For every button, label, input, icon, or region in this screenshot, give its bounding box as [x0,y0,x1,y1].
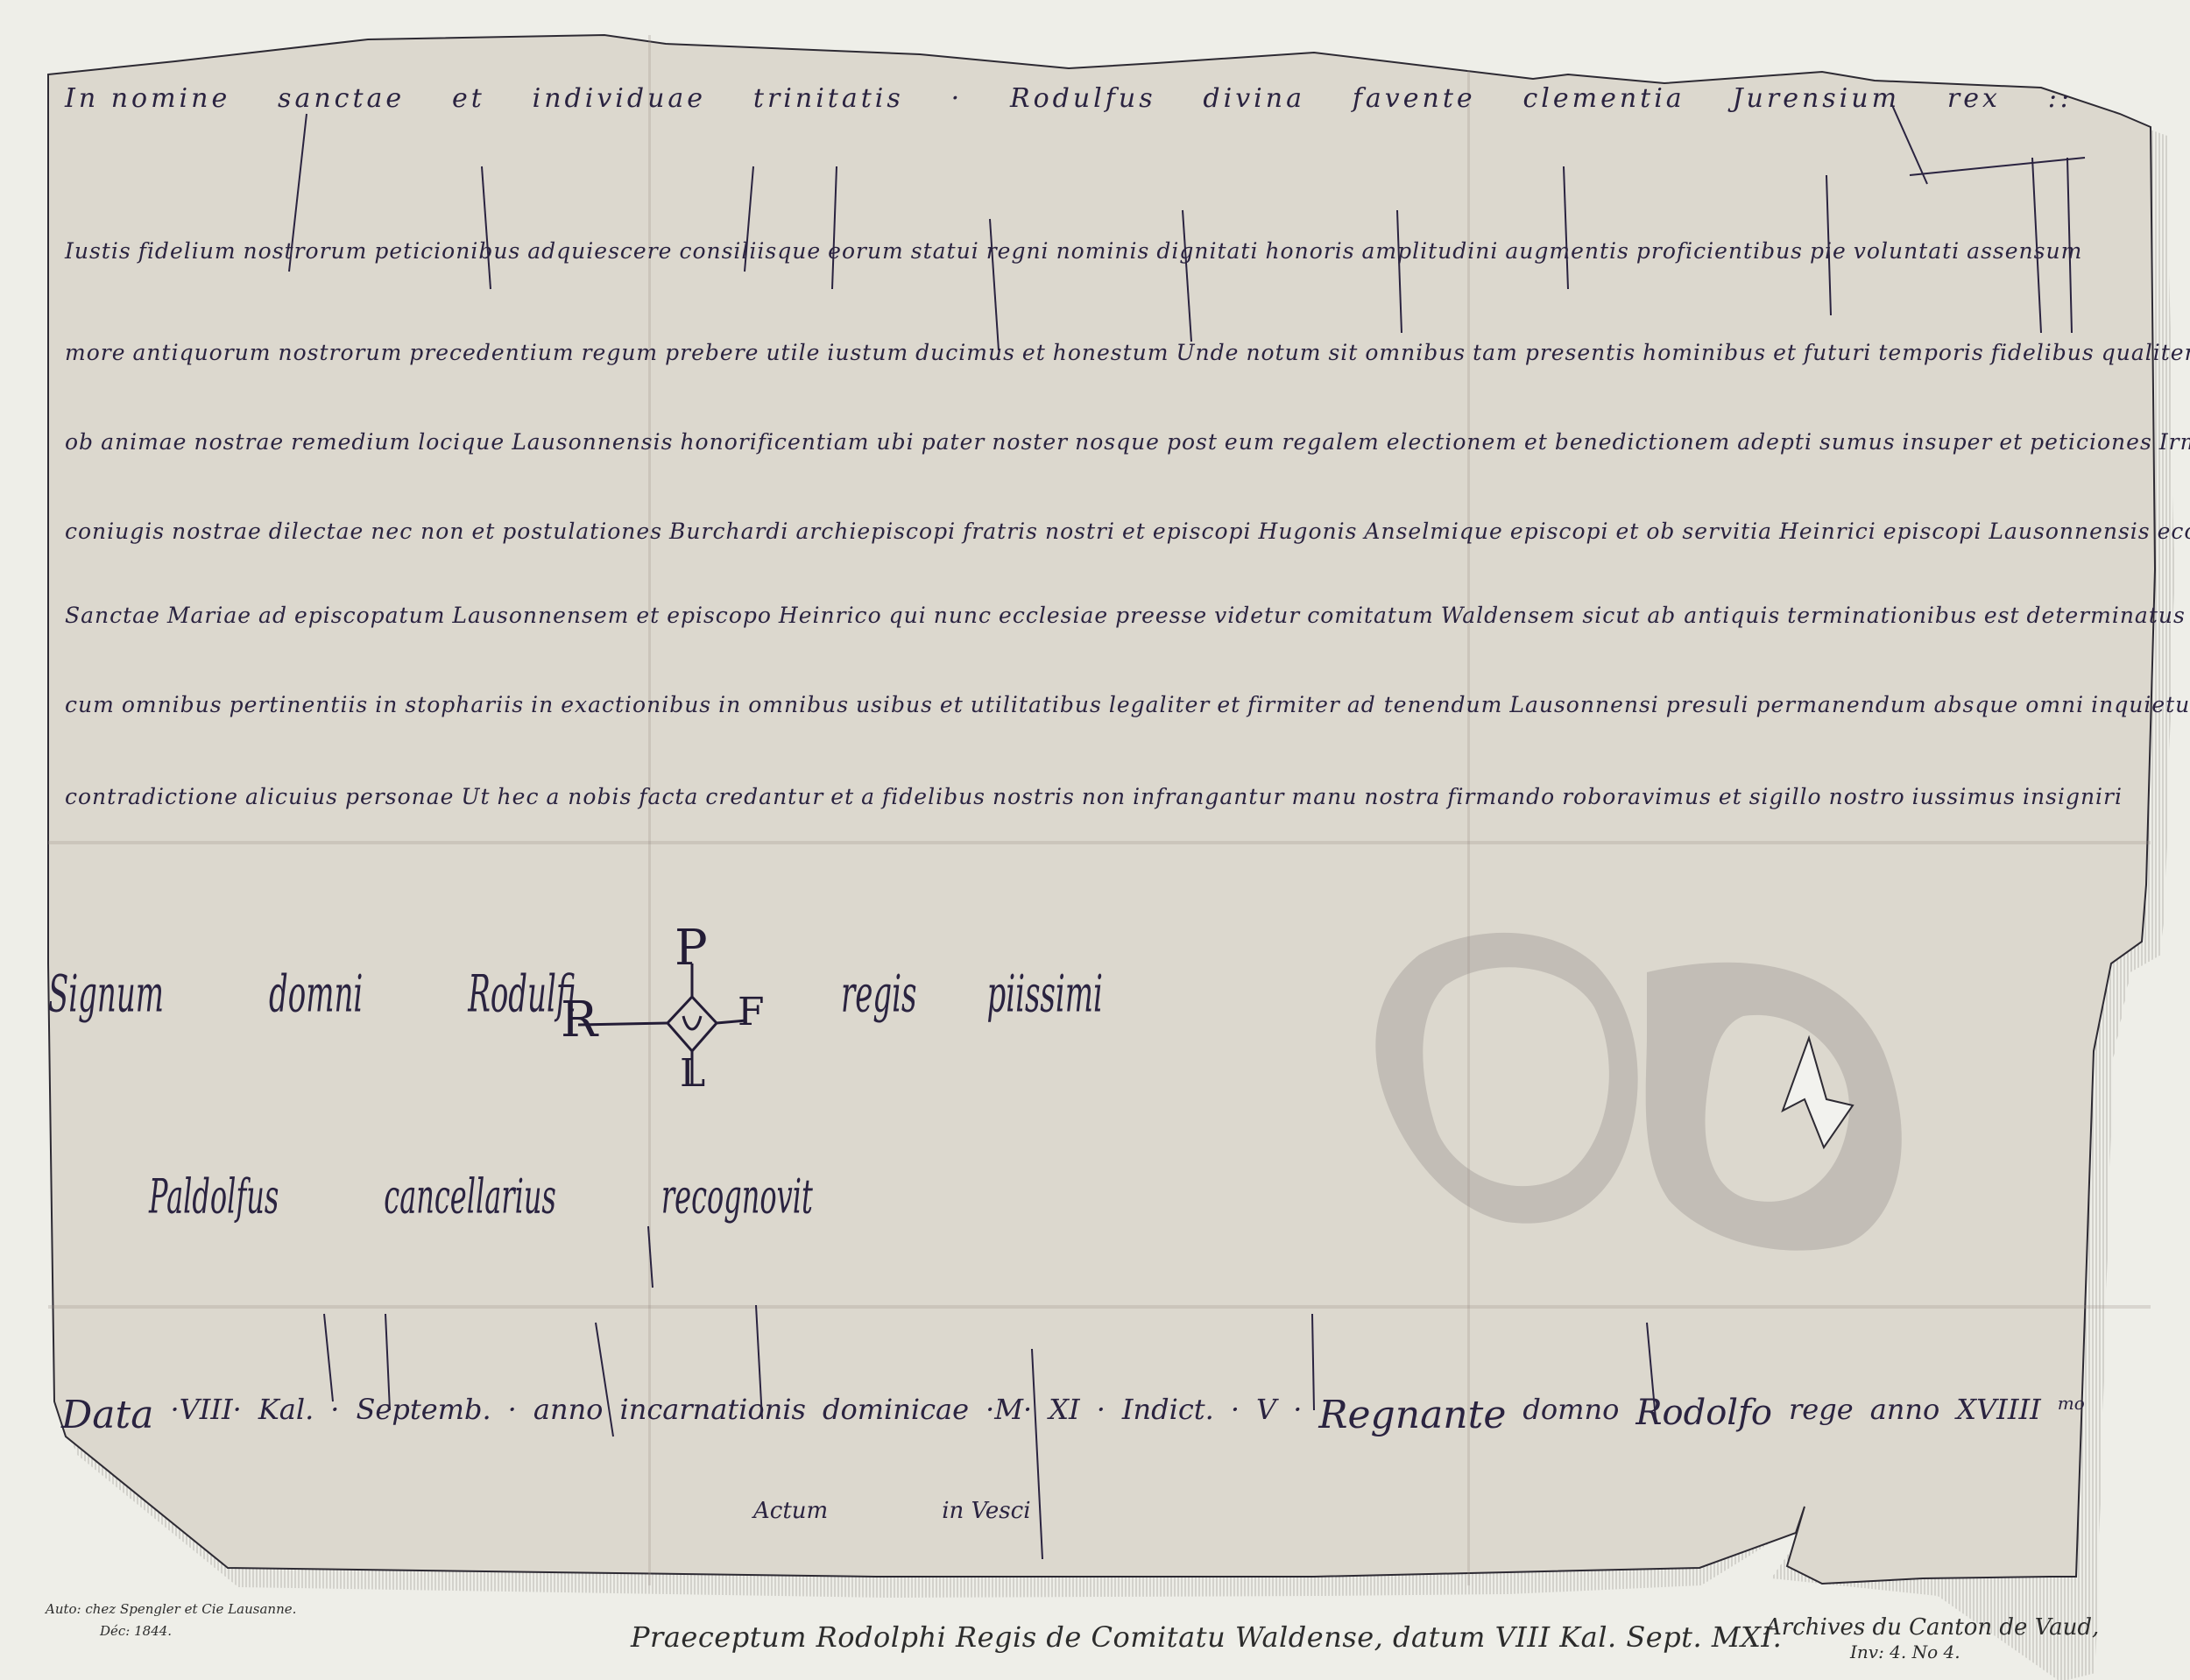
word: et [1770,340,1800,365]
dating-word: Septemb. [357,1393,491,1437]
word: Burchardi [666,519,792,544]
word: Sanctae [61,603,164,628]
dating-word: dominicae [823,1393,969,1437]
word: assensum [1963,238,2086,264]
word: clementia [1519,83,1688,114]
parchment-body [48,35,2155,1584]
word: honestum [1049,340,1173,365]
word: archiepiscopi [792,519,959,544]
word: augmentis [1501,238,1632,264]
word: nostris [989,784,1078,809]
monogram-letter-right: F [738,990,765,1034]
word: episcopo [663,603,775,628]
printer-credit: Auto: chez Spengler et Cie Lausanne. [46,1601,296,1617]
word: iussimus [1909,784,2019,809]
word: ad [255,603,291,628]
word: et [449,83,489,114]
word: Hugonis [1255,519,1361,544]
word: ob [1642,519,1678,544]
monogram-letter-top: P [675,920,708,977]
recognitio-word: recognovit [661,1168,813,1225]
word: Unde [1172,340,1242,365]
word: eum [1221,429,1279,455]
word: et [1613,519,1643,544]
word: omnibus [118,692,226,717]
word: ad tenendum [1344,692,1507,717]
word: episcopi [1149,519,1255,544]
word: fidelibus [879,784,989,809]
text-line-1: In nomine sanctae et individuae trinitat… [61,83,2076,114]
word: nunc [930,603,995,628]
word: regum [578,340,662,365]
text-line-6: Sanctae Mariae ad episcopatum Lausonnens… [61,603,2076,628]
word: et [468,519,498,544]
word: more [61,340,130,365]
word: ecclesiae [2154,519,2190,544]
word: remedium [287,429,414,455]
word: non [1078,784,1129,809]
word: stophariis [401,692,527,717]
royal-monogram: P R F L [543,920,771,1112]
word: sicut [1579,603,1643,628]
word: legaliter [1106,692,1213,717]
word: permanendum [1752,692,1930,717]
word: statui [908,238,983,264]
word: proficientibus [1633,238,1806,264]
dating-word: XVIIII [1956,1393,2040,1437]
word: contradictione [61,784,242,809]
word: divina [1199,83,1309,114]
word: fratris [959,519,1042,544]
word: nostrae [168,519,265,544]
dating-word: Kal. [258,1393,314,1437]
word: individuae [529,83,710,114]
word: omnibus [745,692,852,717]
word: nostrorum [240,238,371,264]
word: preesse [1112,603,1211,628]
word: tam [1469,340,1522,365]
text-line-7: cum omnibus pertinentiis in stophariis i… [61,692,2076,717]
word: fidelibus [1988,340,2098,365]
word: utile [762,340,823,365]
dating-word: · [1293,1393,1302,1437]
recognitio-word: Paldolfus [149,1168,279,1225]
word: postulationes [498,519,666,544]
dating-word: · [1097,1393,1106,1437]
word: favente [1349,83,1480,114]
word: Iustis [61,238,135,264]
word: inquietudine [2088,692,2190,717]
word: pertinentiis [226,692,372,717]
word: dilectae [265,519,368,544]
word: roboravimus [1558,784,1715,809]
word: Heinrici [1776,519,1880,544]
word: regalem [1279,429,1383,455]
signum-word: domni [269,965,363,1025]
printer-date: Déc: 1844. [100,1623,172,1639]
word: infrangantur [1129,784,1288,809]
word: post [1163,429,1221,455]
word: nostrae [190,429,287,455]
word: Lausonnensi [1506,692,1662,717]
word: utilitatibus [967,692,1106,717]
dating-word: · [330,1393,339,1437]
word: In nomine [61,83,234,114]
word: comitatum [1303,603,1438,628]
word: pie [1806,238,1850,264]
word: Irmingardis [2156,429,2190,455]
word: est [1981,603,2024,628]
word: ab antiquis [1643,603,1784,628]
dating-word: Rodolfo [1635,1393,1772,1437]
text-line-4: ob animae nostrae remedium locique Lauso… [61,429,2076,455]
dating-word: Data [61,1393,153,1437]
word: Rodulfus [1007,83,1160,114]
word: et [1119,519,1149,544]
text-line-3: more antiquorum nostrorum precedentium r… [61,340,2076,365]
word: in [527,692,557,717]
word: Anselmique [1360,519,1506,544]
word: hec [494,784,543,809]
word: exactionibus [557,692,715,717]
signum-word: Signum [48,965,164,1025]
word: pater [918,429,989,455]
word: terminationibus [1784,603,1981,628]
word: Ut [457,784,493,809]
signum-line-tail: regis piissimi [841,965,1103,1025]
word: iustum [823,340,912,365]
dating-word: Regnante [1318,1393,1506,1437]
dating-word: domno [1522,1393,1619,1437]
signum-word: piissimi [986,965,1102,1025]
document-title-caption: Praeceptum Rodolphi Regis de Comitatu Wa… [631,1620,1782,1654]
word: :: [2045,83,2076,114]
word: sumus [1816,429,1899,455]
word: sit [1325,340,1361,365]
dating-word: V [1256,1393,1276,1437]
actum-word: Actum [753,1498,828,1524]
word: presuli [1663,692,1753,717]
word: insuper [1899,429,1996,455]
word: episcopi [1507,519,1613,544]
word: dignitati [1153,238,1261,264]
facsimile-sheet: In nomine sanctae et individuae trinitat… [0,0,2190,1680]
dating-word: mo [2058,1393,2085,1437]
word: precedentium [406,340,577,365]
word: et [1213,692,1244,717]
word: Jurensium [1729,83,1904,114]
word: locique [414,429,508,455]
word: Lausonnensis [508,429,676,455]
word: prebere [661,340,762,365]
word: eorum [824,238,908,264]
archive-caption: Archives du Canton de Vaud, [1765,1614,2099,1641]
word: benedictionem [1551,429,1734,455]
word: ob [61,429,97,455]
word: manu [1289,784,1361,809]
word: notum [1242,340,1325,365]
word: temporis [1875,340,1987,365]
word: futuri [1800,340,1875,365]
monogram-letter-left: R [561,992,597,1048]
dating-word: anno [533,1393,604,1437]
dating-word: rege [1789,1393,1854,1437]
dating-word: ·VIII· [170,1393,241,1437]
word: honoris [1261,238,1358,264]
word: et [1715,784,1746,809]
word: qualiter [2098,340,2190,365]
text-line-2: Iustis fidelium nostrorum peticionibus a… [61,238,2076,264]
word: servitia [1678,519,1776,544]
word: electionem [1383,429,1521,455]
word: noster [988,429,1071,455]
word: ecclesiae [995,603,1112,628]
word: honorificentiam [676,429,872,455]
word: peticiones [2026,429,2156,455]
dating-word: · [508,1393,517,1437]
word: presentis [1522,340,1639,365]
text-line-8: contradictione alicuius personae Ut hec … [61,784,2076,809]
word: et [827,784,858,809]
signum-word: regis [841,965,916,1025]
word: in [371,692,401,717]
word: episcopi [1880,519,1986,544]
dating-word: Indict. [1122,1393,1214,1437]
word: animae [97,429,190,455]
text-line-5: coniugis nostrae dilectae nec non et pos… [61,519,2076,544]
word: cum [61,692,118,717]
monogram-letter-bottom: L [680,1051,705,1096]
actum-place: in Vesci [942,1498,1030,1524]
word: ducimus [912,340,1019,365]
word: · [948,83,967,114]
word: adquiescere [524,238,675,264]
word: determinatus [2024,603,2189,628]
word: sanctae [274,83,408,114]
word: trinitatis [750,83,908,114]
word: alicuius [242,784,342,809]
dating-word: anno [1870,1393,1940,1437]
word: antiquorum [130,340,275,365]
recognition-line: Paldolfus cancellarius recognovit [149,1168,813,1225]
signum-line: Signum domni Rodulfi [48,965,576,1025]
word: qui [886,603,930,628]
word: Waldensem [1438,603,1579,628]
word: peticionibus [371,238,524,264]
word: rex [1944,83,2004,114]
word: Mariae [164,603,255,628]
dating-word: incarnationis [619,1393,805,1437]
word: adepti [1734,429,1816,455]
word: firmando [1444,784,1558,809]
word: Lausonnensem [449,603,632,628]
word: a [858,784,879,809]
word: facta [635,784,702,809]
word: consiliisque [675,238,824,264]
word: nostro [1826,784,1909,809]
word: omnibus [1361,340,1469,365]
word: et [1996,429,2026,455]
word: amplitudini [1359,238,1502,264]
word: a nobis [542,784,635,809]
word: ubi [873,429,918,455]
word: absque [1931,692,2023,717]
word: omni [2022,692,2088,717]
word: personae [342,784,457,809]
word: fidelium [135,238,240,264]
word: credantur [702,784,827,809]
dating-word: XI [1049,1393,1079,1437]
dating-line: Data ·VIII· Kal. · Septemb. · anno incar… [61,1393,2085,1437]
word: nostrorum [274,340,406,365]
word: episcopatum [291,603,449,628]
word: voluntati [1850,238,1963,264]
word: insigniri [2019,784,2126,809]
word: et [1521,429,1551,455]
recognitio-word: cancellarius [384,1168,556,1225]
word: sigillo [1746,784,1826,809]
word: et [1019,340,1049,365]
dating-word: · [1231,1393,1240,1437]
word: videtur [1211,603,1303,628]
word: firmiter [1244,692,1344,717]
dating-word: ·M· [985,1393,1032,1437]
word: hominibus [1639,340,1770,365]
word: Lausonnensis [1985,519,2153,544]
actum-line: Actum in Vesci [753,1498,1031,1524]
word: usibus [852,692,936,717]
word: Heinrico [775,603,886,628]
word: nec non [367,519,468,544]
word: coniugis [61,519,168,544]
inventory-caption: Inv: 4. No 4. [1850,1641,1960,1662]
word: nostri [1042,519,1119,544]
word: in [715,692,745,717]
word: regni [983,238,1053,264]
word: et [936,692,967,717]
word: et [632,603,663,628]
word: nominis [1053,238,1154,264]
word: nosque [1071,429,1163,455]
word: nostra [1360,784,1444,809]
